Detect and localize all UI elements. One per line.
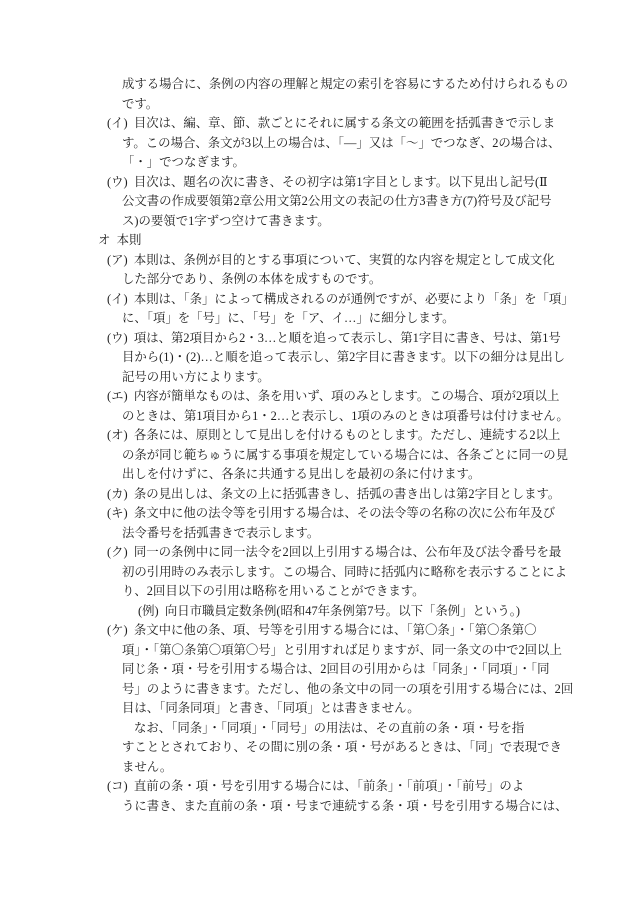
document-line: (イ) 目次は、編、章、節、款ごとにそれに属する条文の範囲を括弧書きで示しま [0,114,630,134]
document-line: 成する場合に、条例の内容の理解と規定の索引を容易にするため付けられるもの [0,75,630,95]
document-line: なお、「同条」・「同項」・「同号」の用法は、その直前の条・項・号を指 [0,719,630,739]
document-line: ません。 [0,758,630,778]
document-line: 法令番号を括弧書きで表示します。 [0,524,630,544]
document-line: (コ) 直前の条・項・号を引用する場合には、「前条」・「前項」・「前号」のよ [0,777,630,797]
document-line: 項」・「第〇条第〇項第〇号」と引用すれば足りますが、同一条文の中で2回以上 [0,641,630,661]
document-line: 目から(1)・(2)…と順を追って表示し、第2字目に書きます。以下の細分は見出し [0,348,630,368]
document-line: 初の引用時のみ表示します。この場合、同時に括弧内に略称を表示することによ [0,563,630,583]
document-line: 「・」でつなぎます。 [0,153,630,173]
document-line: オ 本則 [0,231,630,251]
document-line: (カ) 条の見出しは、条文の上に括弧書きし、括弧の書き出しは第2字目とします。 [0,485,630,505]
document-body: 成する場合に、条例の内容の理解と規定の索引を容易にするため付けられるものです。(… [0,75,630,816]
document-line: 目は、「同条同項」と書き、「同項」とは書きません。 [0,699,630,719]
document-line: (例) 向日市職員定数条例(昭和47年条例第7号。以下「条例」という。) [0,602,630,622]
document-line: した部分であり、条例の本体を成すものです。 [0,270,630,290]
document-line: すこととされており、その間に別の条・項・号があるときは、「同」で表現でき [0,738,630,758]
document-line: (イ) 本則は、「条」によって構成されるのが通例ですが、必要により「条」を「項」 [0,290,630,310]
document-line: のときは、第1項目から1・2…と表示し、1項のみのときは項番号は付けません。 [0,407,630,427]
document-line: (エ) 内容が簡単なものは、条を用いず、項のみとします。この場合、項が2項以上 [0,387,630,407]
document-line: うに書き、また直前の条・項・号まで連続する条・項・号を引用する場合には、 [0,797,630,817]
document-line: 号」のように書きます。ただし、他の条文中の同一の項を引用する場合には、2回 [0,680,630,700]
document-line: (ウ) 目次は、題名の次に書き、その初字は第1字目とします。以下見出し記号(Ⅱ [0,173,630,193]
document-line: (ウ) 項は、第2項目から2・3…と順を追って表示し、第1字目に書き、号は、第1… [0,329,630,349]
document-line: (オ) 各条には、原則として見出しを付けるものとします。ただし、連続する2以上 [0,426,630,446]
document-line: す。この場合、条文が3以上の場合は、「―」又は「〜」でつなぎ、2の場合は、 [0,134,630,154]
document-line: の条が同じ範ちゅうに属する事項を規定している場合には、各条ごとに同一の見 [0,446,630,466]
document-line: (ク) 同一の条例中に同一法令を2回以上引用する場合は、公布年及び法令番号を最 [0,543,630,563]
document-line: に、「項」を「号」に、「号」を「ア、イ…」に細分します。 [0,309,630,329]
document-line: 出しを付けずに、各条に共通する見出しを最初の条に付けます。 [0,465,630,485]
document-line: り、2回目以下の引用は略称を用いることができます。 [0,582,630,602]
document-page: 成する場合に、条例の内容の理解と規定の索引を容易にするため付けられるものです。(… [0,0,630,903]
document-line: 同じ条・項・号を引用する場合は、2回目の引用からは「同条」・「同項」・「同 [0,660,630,680]
document-line: です。 [0,95,630,115]
document-line: (ア) 本則は、条例が目的とする事項について、実質的な内容を規定として成文化 [0,251,630,271]
document-line: (ケ) 条文中に他の条、項、号等を引用する場合には、「第〇条」・「第〇条第〇 [0,621,630,641]
document-line: 記号の用い方によります。 [0,368,630,388]
document-line: (キ) 条文中に他の法令等を引用する場合は、その法令等の名称の次に公布年及び [0,504,630,524]
document-line: 公文書の作成要領第2章公用文第2公用文の表記の仕方3書き方(7)符号及び記号 [0,192,630,212]
document-line: ス)の要領で1字ずつ空けて書きます。 [0,212,630,232]
